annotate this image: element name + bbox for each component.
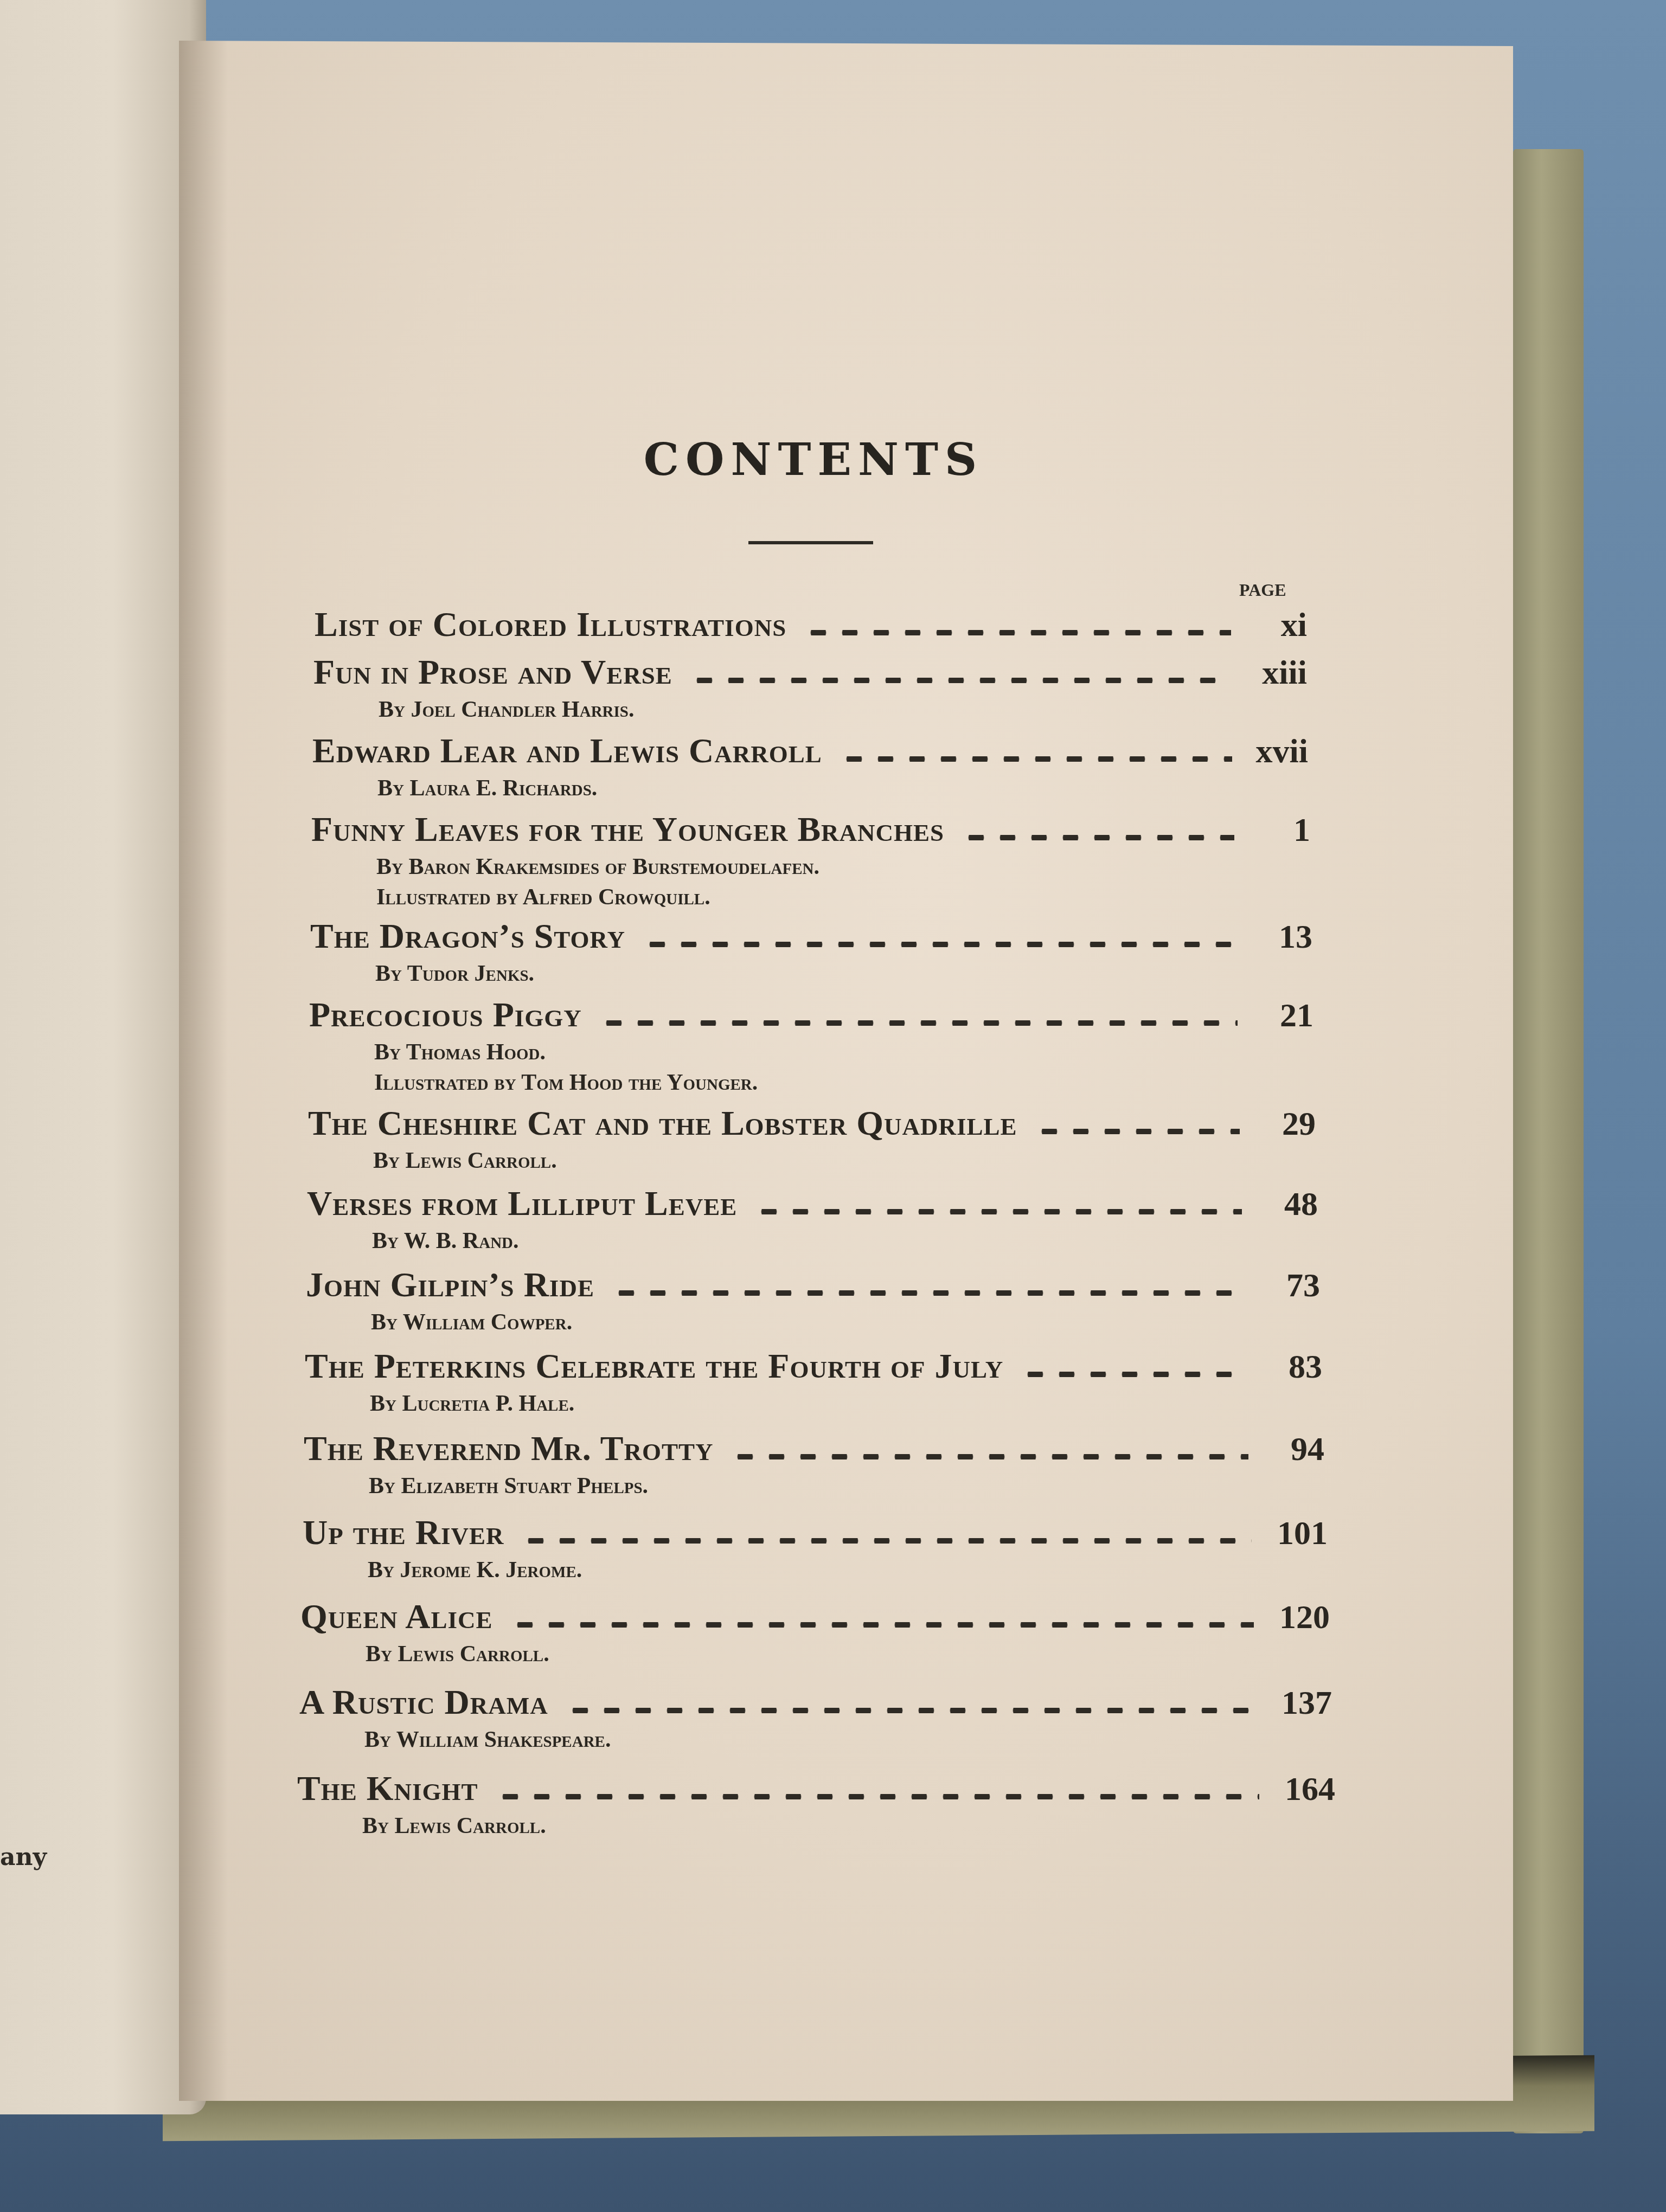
entry-page: 48 — [1258, 1185, 1318, 1224]
dot-leader — [960, 835, 1234, 840]
entry-credit: By Joel Chandler Harris. — [379, 697, 1307, 723]
entry-title: Edward Lear and Lewis Carroll — [312, 731, 822, 771]
entry-credit: By Baron Krakemsides of Burstemoudelafen… — [376, 854, 1310, 880]
entry-credit: By Elizabeth Stuart Phelps. — [369, 1473, 1324, 1499]
dot-leader — [495, 1794, 1259, 1799]
page-column-label: PAGE — [1239, 580, 1286, 600]
dot-leader — [689, 678, 1231, 683]
entry-title: Queen Alice — [300, 1597, 493, 1637]
entry-page: 83 — [1263, 1348, 1322, 1386]
toc-entry: The Dragon’s Story13 By Tudor Jenks. — [310, 916, 1312, 987]
gutter-shadow — [179, 41, 228, 2101]
entry-title: Up the River — [303, 1513, 504, 1553]
entry-credit: Illustrated by Tom Hood the Younger. — [374, 1070, 1313, 1096]
entry-page: 101 — [1268, 1514, 1328, 1553]
toc-entry: Fun in Prose and Versexiii By Joel Chand… — [313, 652, 1307, 723]
entry-page: xiii — [1247, 654, 1307, 692]
entry-credit: By Lewis Carroll. — [362, 1813, 1335, 1839]
entry-page: 164 — [1276, 1770, 1335, 1809]
left-page-text-fragment: any — [0, 1843, 47, 1871]
toc-entry: Verses from Lilliput Levee48 By W. B. Ra… — [307, 1184, 1318, 1254]
dot-leader — [1020, 1372, 1246, 1377]
dot-leader — [565, 1708, 1256, 1713]
entry-credit: Illustrated by Alfred Crowquill. — [376, 884, 1310, 910]
left-page: any — [0, 0, 206, 2114]
entry-credit: By Lewis Carroll. — [373, 1148, 1316, 1174]
dot-leader — [509, 1622, 1254, 1628]
dot-leader — [1034, 1129, 1240, 1134]
entry-title: The Cheshire Cat and the Lobster Quadril… — [308, 1103, 1017, 1143]
toc-entry: The Reverend Mr. Trotty94 By Elizabeth S… — [304, 1429, 1324, 1499]
entry-page: 21 — [1254, 996, 1313, 1035]
toc-entry: Edward Lear and Lewis Carrollxvii By Lau… — [312, 731, 1308, 801]
dot-leader — [642, 942, 1236, 947]
entry-page: 94 — [1265, 1430, 1324, 1469]
entry-credit: By William Shakespeare. — [364, 1727, 1332, 1753]
entry-page: 13 — [1253, 918, 1312, 956]
entry-title: The Reverend Mr. Trotty — [304, 1429, 713, 1469]
entry-page: xi — [1247, 606, 1307, 645]
dot-leader — [803, 630, 1231, 635]
entry-credit: By Laura E. Richards. — [377, 775, 1308, 801]
dot-leader — [838, 756, 1232, 762]
entry-title: John Gilpin’s Ride — [306, 1265, 594, 1305]
toc-entry: The Knight164 By Lewis Carroll. — [297, 1769, 1335, 1839]
title-rule — [748, 541, 873, 544]
entry-credit: By William Cowper. — [371, 1309, 1320, 1335]
entry-page: 1 — [1251, 811, 1310, 850]
entry-title: The Peterkins Celebrate the Fourth of Ju… — [305, 1346, 1003, 1386]
toc-entry: Queen Alice120 By Lewis Carroll. — [300, 1597, 1330, 1667]
entry-title: Verses from Lilliput Levee — [307, 1184, 737, 1224]
page-title: CONTENTS — [640, 434, 987, 486]
toc-entry: A Rustic Drama137 By William Shakespeare… — [299, 1682, 1332, 1753]
book-cover-edge — [1513, 149, 1584, 2133]
toc-entry: Funny Leaves for the Younger Branches1 B… — [311, 809, 1310, 910]
entry-title: The Knight — [297, 1769, 478, 1809]
toc-entry: Up the River101 By Jerome K. Jerome. — [303, 1513, 1328, 1583]
entry-title: A Rustic Drama — [299, 1682, 548, 1722]
dot-leader — [611, 1290, 1244, 1296]
entry-credit: By W. B. Rand. — [372, 1228, 1318, 1254]
dot-leader — [729, 1454, 1248, 1459]
entry-credit: By Lewis Carroll. — [366, 1641, 1330, 1667]
toc-entry: John Gilpin’s Ride73 By William Cowper. — [306, 1265, 1320, 1335]
entry-title: List of Colored Illustrations — [315, 605, 786, 645]
dot-leader — [520, 1538, 1252, 1544]
dot-leader — [598, 1020, 1238, 1026]
entry-title: Precocious Piggy — [309, 995, 582, 1035]
toc-entry: Precocious Piggy21 By Thomas Hood. Illus… — [309, 995, 1313, 1096]
toc-entry: The Cheshire Cat and the Lobster Quadril… — [308, 1103, 1316, 1174]
toc-entry: The Peterkins Celebrate the Fourth of Ju… — [305, 1346, 1322, 1417]
entry-title: The Dragon’s Story — [310, 916, 625, 956]
entry-title: Fun in Prose and Verse — [313, 652, 672, 692]
entry-page: 29 — [1256, 1105, 1316, 1143]
entry-page: 137 — [1272, 1684, 1332, 1722]
entry-credit: By Lucretia P. Hale. — [370, 1391, 1322, 1417]
entry-page: xvii — [1248, 732, 1308, 771]
entry-credit: By Tudor Jenks. — [375, 961, 1312, 987]
entry-credit: By Jerome K. Jerome. — [368, 1557, 1328, 1583]
entry-credit: By Thomas Hood. — [374, 1039, 1313, 1065]
toc-entry: List of Colored Illustrationsxi — [315, 605, 1307, 645]
dot-leader — [753, 1209, 1242, 1214]
entry-title: Funny Leaves for the Younger Branches — [311, 809, 944, 850]
entry-page: 120 — [1270, 1598, 1330, 1637]
entry-page: 73 — [1260, 1266, 1320, 1305]
